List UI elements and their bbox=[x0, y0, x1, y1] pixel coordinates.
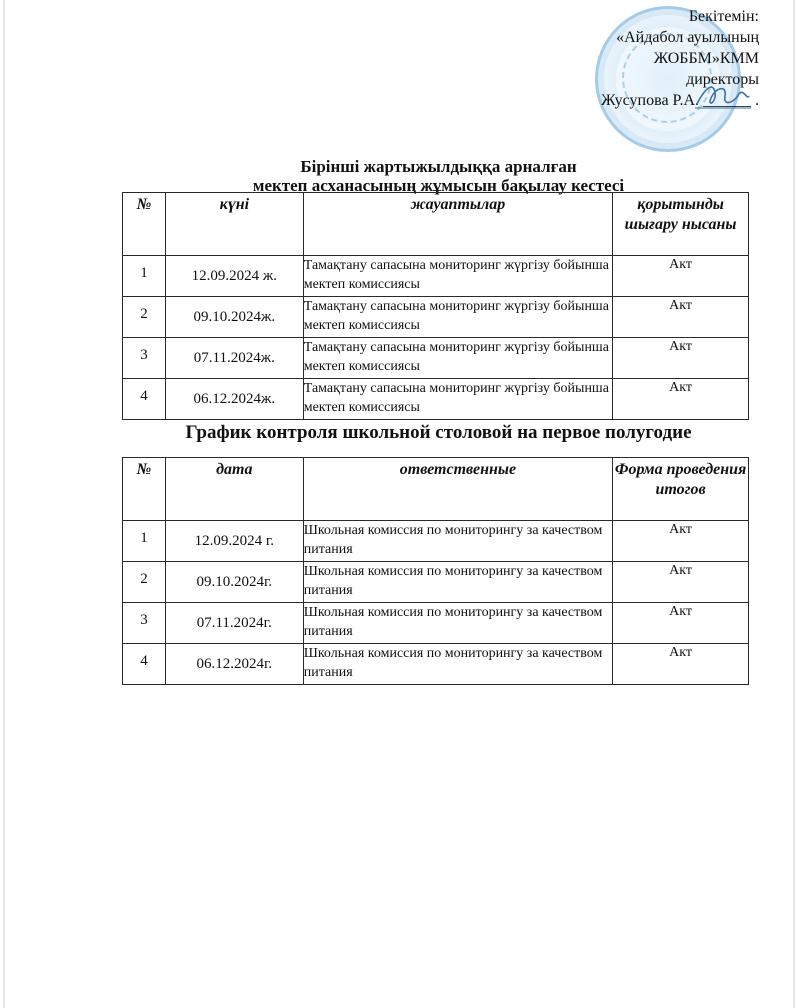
cell-responsible: Тамақтану сапасына мониторинг жүргізу бо… bbox=[303, 379, 612, 420]
approval-line: «Айдабол ауылының bbox=[519, 27, 759, 48]
cell-responsible: Тамақтану сапасына мониторинг жүргізу бо… bbox=[303, 338, 612, 379]
cell-num: 4 bbox=[123, 379, 166, 420]
cell-form: Акт bbox=[613, 338, 749, 379]
header-num: № bbox=[123, 193, 166, 256]
cell-responsible: Тамақтану сапасына мониторинг жүргізу бо… bbox=[303, 256, 612, 297]
header-responsible: ответственные bbox=[303, 458, 612, 521]
cell-form: Акт bbox=[613, 379, 749, 420]
cell-date: 09.10.2024ж. bbox=[165, 297, 303, 338]
cell-num: 1 bbox=[123, 256, 166, 297]
table-kz-title-line1: Бірінші жартыжылдыққа арналған bbox=[40, 157, 797, 176]
table-kz-title: Бірінші жартыжылдыққа арналған мектеп ас… bbox=[40, 157, 797, 195]
cell-num: 2 bbox=[123, 562, 166, 603]
cell-responsible: Школьная комиссия по мониторингу за каче… bbox=[303, 562, 612, 603]
cell-form: Акт bbox=[613, 603, 749, 644]
signature-icon bbox=[693, 78, 753, 114]
header-date: дата bbox=[165, 458, 303, 521]
cell-responsible: Школьная комиссия по мониторингу за каче… bbox=[303, 521, 612, 562]
header-form: Форма проведения итогов bbox=[613, 458, 749, 521]
header-num: № bbox=[123, 458, 166, 521]
cell-form: Акт bbox=[613, 562, 749, 603]
cell-num: 2 bbox=[123, 297, 166, 338]
table-row: 4 06.12.2024ж. Тамақтану сапасына монито… bbox=[123, 379, 749, 420]
table-row: 3 07.11.2024ж. Тамақтану сапасына монито… bbox=[123, 338, 749, 379]
cell-form: Акт bbox=[613, 297, 749, 338]
cell-date: 12.09.2024 ж. bbox=[165, 256, 303, 297]
header-form: қорытынды шығару нысаны bbox=[613, 193, 749, 256]
cell-num: 4 bbox=[123, 644, 166, 685]
table-row: 2 09.10.2024ж. Тамақтану сапасына монито… bbox=[123, 297, 749, 338]
approval-line: Бекітемін: bbox=[519, 6, 759, 27]
table-kz: № күні жауаптылар қорытынды шығару нысан… bbox=[122, 192, 749, 420]
cell-date: 07.11.2024г. bbox=[165, 603, 303, 644]
cell-date: 06.12.2024г. bbox=[165, 644, 303, 685]
cell-num: 3 bbox=[123, 603, 166, 644]
cell-form: Акт bbox=[613, 644, 749, 685]
table-header-row: № дата ответственные Форма проведения ит… bbox=[123, 458, 749, 521]
table-row: 3 07.11.2024г. Школьная комиссия по мони… bbox=[123, 603, 749, 644]
cell-responsible: Школьная комиссия по мониторингу за каче… bbox=[303, 644, 612, 685]
table-ru-title: График контроля школьной столовой на пер… bbox=[40, 423, 797, 442]
cell-responsible: Школьная комиссия по мониторингу за каче… bbox=[303, 603, 612, 644]
cell-form: Акт bbox=[613, 256, 749, 297]
header-date: күні bbox=[165, 193, 303, 256]
scan-edge-right bbox=[793, 0, 795, 1008]
cell-date: 07.11.2024ж. bbox=[165, 338, 303, 379]
table-row: 1 12.09.2024 ж. Тамақтану сапасына монит… bbox=[123, 256, 749, 297]
cell-form: Акт bbox=[613, 521, 749, 562]
table-row: 1 12.09.2024 г. Школьная комиссия по мон… bbox=[123, 521, 749, 562]
cell-date: 06.12.2024ж. bbox=[165, 379, 303, 420]
table-row: 4 06.12.2024г. Школьная комиссия по мони… bbox=[123, 644, 749, 685]
header-responsible: жауаптылар bbox=[303, 193, 612, 256]
cell-date: 09.10.2024г. bbox=[165, 562, 303, 603]
cell-num: 3 bbox=[123, 338, 166, 379]
table-header-row: № күні жауаптылар қорытынды шығару нысан… bbox=[123, 193, 749, 256]
table-ru: № дата ответственные Форма проведения ит… bbox=[122, 457, 749, 685]
approval-line: ЖОББМ»КММ bbox=[519, 48, 759, 69]
scan-edge-left bbox=[3, 0, 5, 1008]
cell-date: 12.09.2024 г. bbox=[165, 521, 303, 562]
table-row: 2 09.10.2024г. Школьная комиссия по мони… bbox=[123, 562, 749, 603]
cell-num: 1 bbox=[123, 521, 166, 562]
cell-responsible: Тамақтану сапасына мониторинг жүргізу бо… bbox=[303, 297, 612, 338]
